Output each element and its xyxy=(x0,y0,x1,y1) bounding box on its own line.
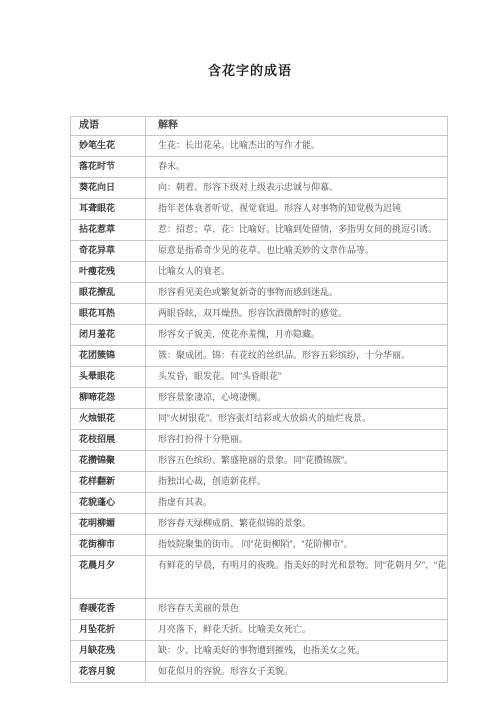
explanation-cell: 形容五色缤纷、繁盛艳丽的景象。同“花攒锦簇”。 xyxy=(146,451,448,472)
idiom-cell: 花攒锦聚 xyxy=(71,451,146,472)
table-row: 花明柳媚形容春天绿柳成荫、繁花似锦的景象。 xyxy=(71,514,448,535)
column-header-idiom: 成语 xyxy=(71,117,146,136)
idiom-cell: 闭月羞花 xyxy=(71,325,146,346)
table-row: 眼花撩乱形容看见美色或繁复新奇的事物而感到迷乱。 xyxy=(71,283,448,304)
idiom-cell: 妙笔生花 xyxy=(71,136,146,157)
idiom-cell: 花团簇锦 xyxy=(71,346,146,367)
idiom-cell: 花貌蓬心 xyxy=(71,493,146,514)
explanation-cell: 生花：长出花朵。比喻杰出的写作才能。 xyxy=(146,136,448,157)
explanation-cell: 惹：招惹；草、花：比喻好。比喻到处留情，多指男女间的挑逗引诱。 xyxy=(146,220,448,241)
explanation-cell: 头发昏，眼发花。同“头昏眼花” xyxy=(146,367,448,388)
explanation-cell: 簇：聚成团。锦：有花纹的丝织品。形容五彩缤纷，十分华丽。 xyxy=(146,346,448,367)
table-row: 耳聋眼花指年老体衰者听觉、视觉衰退。形容人对事物的知觉极为迟钝 xyxy=(71,199,448,220)
idiom-cell: 花明柳媚 xyxy=(71,514,146,535)
table-row: 花晨月夕有鲜花的早晨，有明月的夜晚。指美好的时光和景物。同“花朝月夕”、“花辰月… xyxy=(71,556,448,599)
explanation-cell: 两眼昏眩，双耳燥热。形容饮酒微醉时的感觉。 xyxy=(146,304,448,325)
idiom-cell: 花街柳市 xyxy=(71,535,146,556)
table-row: 眼花耳热两眼昏眩，双耳燥热。形容饮酒微醉时的感觉。 xyxy=(71,304,448,325)
idiom-cell: 花容月貌 xyxy=(71,662,146,683)
table-row: 火烛银花同“火树银花”。形容张灯结彩或大放焰火的灿烂夜景。 xyxy=(71,409,448,430)
column-header-explanation: 解释 xyxy=(146,117,448,136)
idiom-cell: 眼花耳热 xyxy=(71,304,146,325)
idiom-cell: 眼花撩乱 xyxy=(71,283,146,304)
table-row: 花团簇锦簇：聚成团。锦：有花纹的丝织品。形容五彩缤纷，十分华丽。 xyxy=(71,346,448,367)
explanation-cell: 同“火树银花”。形容张灯结彩或大放焰火的灿烂夜景。 xyxy=(146,409,448,430)
idiom-cell: 头晕眼花 xyxy=(71,367,146,388)
table-row: 闭月羞花形容女子貌美，使花亦羞愧，月亦隐藏。 xyxy=(71,325,448,346)
table-row: 落花时节春末。 xyxy=(71,157,448,178)
idiom-cell: 奇花异草 xyxy=(71,241,146,262)
table-row: 月缺花残缺：少。比喻美好的事物遭到摧残，也指美女之死。 xyxy=(71,641,448,662)
idiom-cell: 火烛银花 xyxy=(71,409,146,430)
idiom-cell: 月缺花残 xyxy=(71,641,146,662)
table-row: 花攒锦聚形容五色缤纷、繁盛艳丽的景象。同“花攒锦簇”。 xyxy=(71,451,448,472)
explanation-cell: 如花似月的容貌。形容女子美貌。 xyxy=(146,662,448,683)
explanation-cell: 形容景象凄凉，心境凄恻。 xyxy=(146,388,448,409)
document-page: 含花字的成语 成语 解释 妙笔生花生花：长出花朵。比喻杰出的写作才能。落花时节春… xyxy=(0,0,500,708)
explanation-cell: 比喻女人的衰老。 xyxy=(146,262,448,283)
explanation-cell: 形容打扮得十分艳丽。 xyxy=(146,430,448,451)
explanation-cell: 形容春天绿柳成荫、繁花似锦的景象。 xyxy=(146,514,448,535)
explanation-cell: 向：朝着。形容下级对上级表示忠诚与仰慕。 xyxy=(146,178,448,199)
table-header-row: 成语 解释 xyxy=(71,117,448,136)
table-row: 花容月貌如花似月的容貌。形容女子美貌。 xyxy=(71,662,448,683)
explanation-cell: 有鲜花的早晨，有明月的夜晚。指美好的时光和景物。同“花朝月夕”、“花辰月夕”。 xyxy=(146,556,448,599)
table-row: 花样翻新指独出心裁，创造新花样。 xyxy=(71,472,448,493)
explanation-cell: 指年老体衰者听觉、视觉衰退。形容人对事物的知觉极为迟钝 xyxy=(146,199,448,220)
explanation-cell: 缺：少。比喻美好的事物遭到摧残，也指美女之死。 xyxy=(146,641,448,662)
explanation-cell: 月亮落下，鲜花夭折。比喻美女死亡。 xyxy=(146,620,448,641)
idiom-cell: 月坠花折 xyxy=(71,620,146,641)
table-row: 叶瘦花残比喻女人的衰老。 xyxy=(71,262,448,283)
idiom-cell: 叶瘦花残 xyxy=(71,262,146,283)
explanation-cell: 原意是指希奇少见的花草。也比喻美妙的文章作品等。 xyxy=(146,241,448,262)
table-row: 春暖花香形容春天美丽的景色 xyxy=(71,599,448,620)
explanation-cell: 指虚有其表。 xyxy=(146,493,448,514)
explanation-cell: 形容女子貌美，使花亦羞愧，月亦隐藏。 xyxy=(146,325,448,346)
table-row: 花街柳市指妓院聚集的街市。 同“花街柳陌”、“花阶柳市”。 xyxy=(71,535,448,556)
idiom-table-body: 妙笔生花生花：长出花朵。比喻杰出的写作才能。落花时节春末。葵花向日向：朝着。形容… xyxy=(71,136,448,683)
idiom-cell: 花枝招展 xyxy=(71,430,146,451)
table-row: 柳啼花怨形容景象凄凉，心境凄恻。 xyxy=(71,388,448,409)
idiom-cell: 葵花向日 xyxy=(71,178,146,199)
table-row: 头晕眼花头发昏，眼发花。同“头昏眼花” xyxy=(71,367,448,388)
explanation-cell: 指妓院聚集的街市。 同“花街柳陌”、“花阶柳市”。 xyxy=(146,535,448,556)
idiom-cell: 耳聋眼花 xyxy=(71,199,146,220)
table-row: 花貌蓬心指虚有其表。 xyxy=(71,493,448,514)
explanation-cell: 春末。 xyxy=(146,157,448,178)
table-row: 妙笔生花生花：长出花朵。比喻杰出的写作才能。 xyxy=(71,136,448,157)
idiom-cell: 花样翻新 xyxy=(71,472,146,493)
table-row: 葵花向日向：朝着。形容下级对上级表示忠诚与仰慕。 xyxy=(71,178,448,199)
idiom-cell: 花晨月夕 xyxy=(71,556,146,599)
explanation-cell: 形容看见美色或繁复新奇的事物而感到迷乱。 xyxy=(146,283,448,304)
table-row: 月坠花折月亮落下，鲜花夭折。比喻美女死亡。 xyxy=(71,620,448,641)
table-row: 花枝招展形容打扮得十分艳丽。 xyxy=(71,430,448,451)
table-row: 拈花惹草惹：招惹；草、花：比喻好。比喻到处留情，多指男女间的挑逗引诱。 xyxy=(71,220,448,241)
idiom-cell: 春暖花香 xyxy=(71,599,146,620)
idiom-cell: 柳啼花怨 xyxy=(71,388,146,409)
idiom-table: 成语 解释 妙笔生花生花：长出花朵。比喻杰出的写作才能。落花时节春末。葵花向日向… xyxy=(70,116,448,683)
idiom-cell: 拈花惹草 xyxy=(71,220,146,241)
page-title: 含花字的成语 xyxy=(0,0,500,79)
table-row: 奇花异草原意是指希奇少见的花草。也比喻美妙的文章作品等。 xyxy=(71,241,448,262)
idiom-cell: 落花时节 xyxy=(71,157,146,178)
explanation-cell: 指独出心裁，创造新花样。 xyxy=(146,472,448,493)
explanation-cell: 形容春天美丽的景色 xyxy=(146,599,448,620)
